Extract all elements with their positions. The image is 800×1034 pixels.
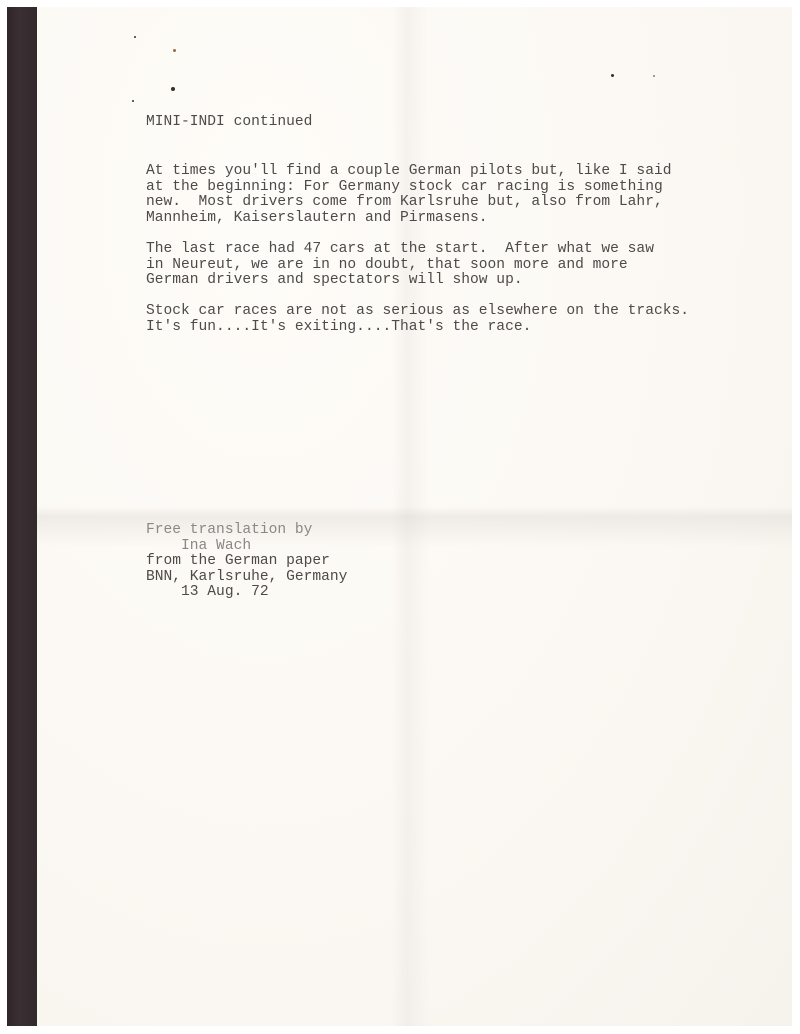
text-line: It's fun....It's exiting....That's the r…	[146, 320, 531, 336]
text-line: The last race had 47 cars at the start. …	[146, 242, 654, 258]
paper-sheet	[37, 7, 792, 1026]
ink-speck	[132, 100, 134, 102]
credit-source: from the German paper	[146, 554, 330, 570]
credit-line: Free translation by	[146, 523, 312, 539]
ink-speck	[134, 36, 136, 38]
credit-date: 13 Aug. 72	[146, 585, 269, 601]
text-line: Mannheim, Kaiserslautern and Pirmasens.	[146, 211, 488, 227]
ink-speck	[173, 49, 176, 52]
dark-scan-edge	[7, 7, 37, 1026]
text-line: At times you'll find a couple German pil…	[146, 164, 671, 180]
ink-speck	[171, 87, 175, 91]
ink-speck	[611, 74, 614, 77]
scanned-page: MINI-INDI continued At times you'll find…	[0, 0, 800, 1034]
ink-speck	[653, 75, 655, 77]
text-line: new. Most drivers come from Karlsruhe bu…	[146, 195, 663, 211]
document-heading: MINI-INDI continued	[146, 115, 312, 131]
text-line: Stock car races are not as serious as el…	[146, 304, 689, 320]
text-line: German drivers and spectators will show …	[146, 273, 523, 289]
